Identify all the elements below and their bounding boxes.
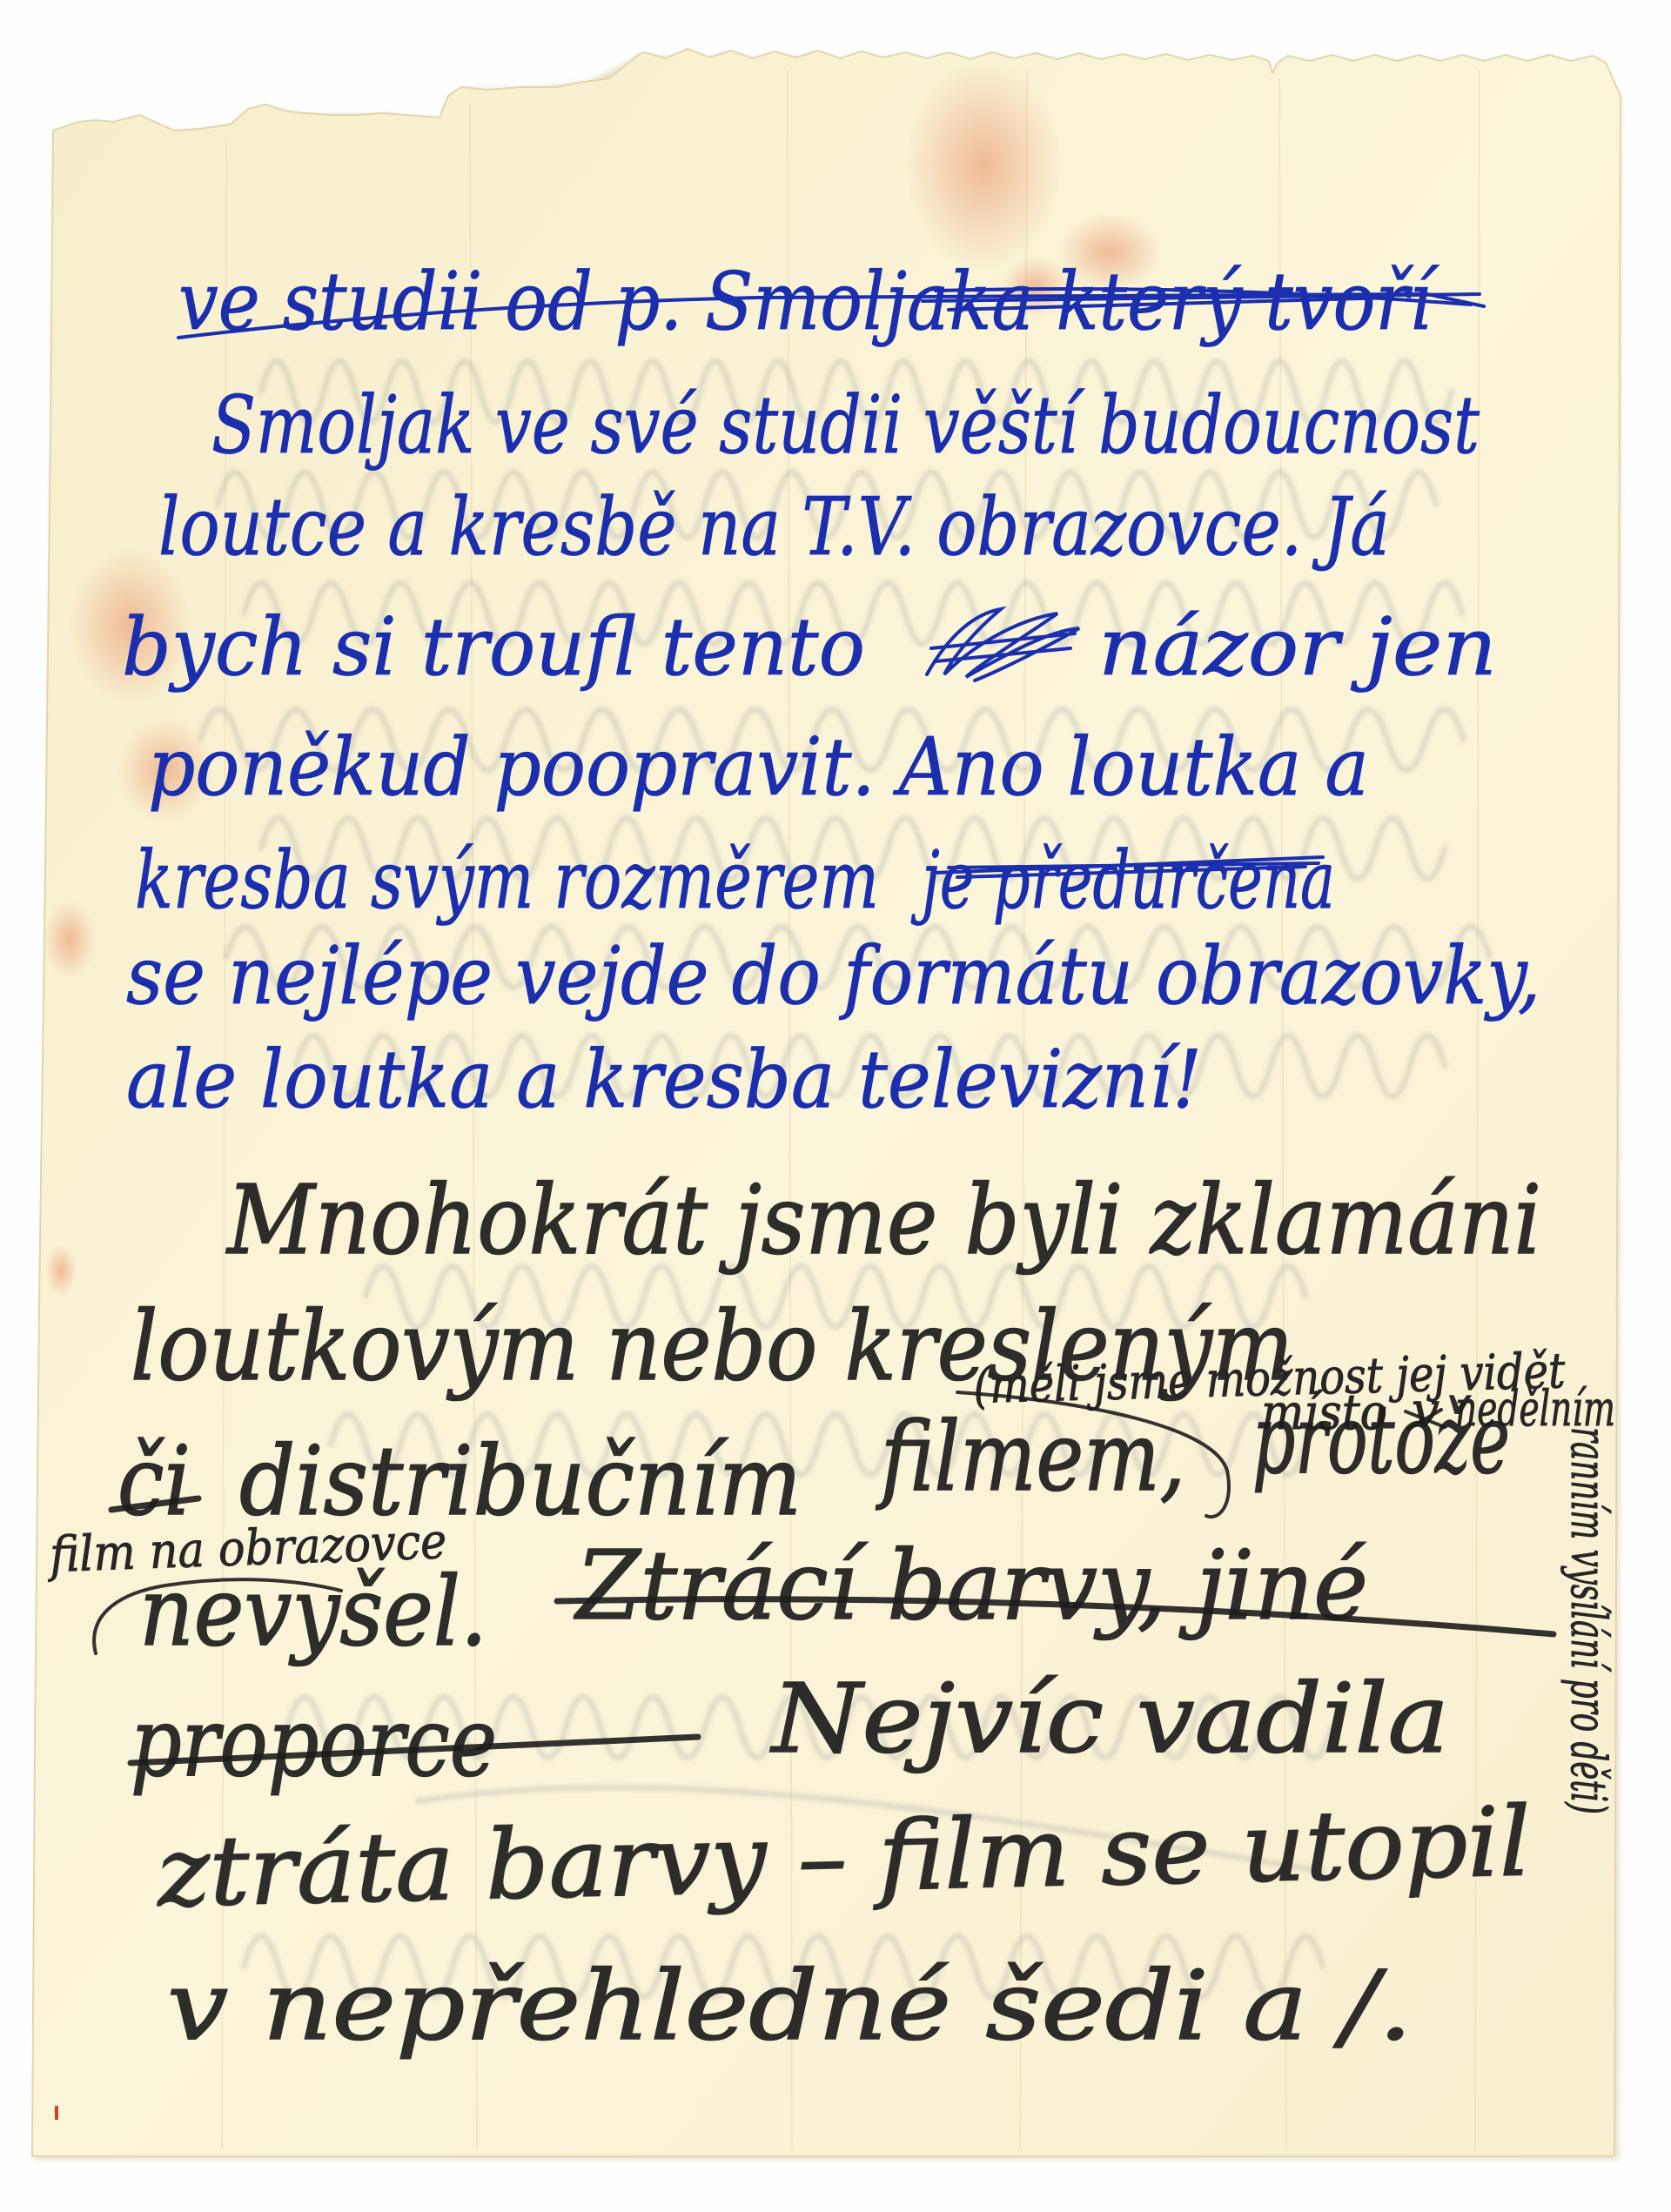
pen-line-6: se nejlépe vejde do formátu obrazovky, [126,929,1540,1022]
pencil-line-0: Mnohokrát jsme byli zklamáni [225,1164,1541,1276]
pencil-line-4-word-nejvic-vadila: Nejvíc vadila [769,1663,1449,1774]
pencil-line-2-word-protoze: protože [1252,1384,1510,1495]
pen-paragraph: ve studii od p. Smoljaka který tvoří Smo… [122,255,1540,1126]
pen-line-2: loutce a kresbě na T.V. obrazovce. Já [158,480,1390,573]
pencil-line-4-struck: proporce [131,1686,497,1798]
pen-line-4: poněkud poopravit. Ano loutka a [148,721,1369,814]
pen-line-3-part-a: bych si troufl tento [122,600,865,694]
pen-line-7: ale loutka a kresba televizní! [126,1033,1202,1126]
pencil-line-2-struck: či [117,1425,191,1537]
pencil-line-3-word-nevysel: nevyšel. [139,1556,487,1667]
pen-line-5-struck: je předurčena [911,834,1335,927]
manuscript-scan: ve studii od p. Smoljaka který tvoří Smo… [0,0,1671,2212]
pencil-line-3-struck: Ztrácí barvy, jiné [574,1530,1368,1641]
pen-line-3-part-b: názor jen [1098,600,1497,694]
pen-line-5-part-a: kresba svým rozměrem [135,834,879,927]
pen-line-1: Smoljak ve své studii věští budoucnost [211,379,1480,472]
right-margin-vertical-note: ranním vysílání pro děti) [1560,1427,1616,1814]
pencil-line-6: v nepřehledné šedi a /. [167,1950,1413,2061]
